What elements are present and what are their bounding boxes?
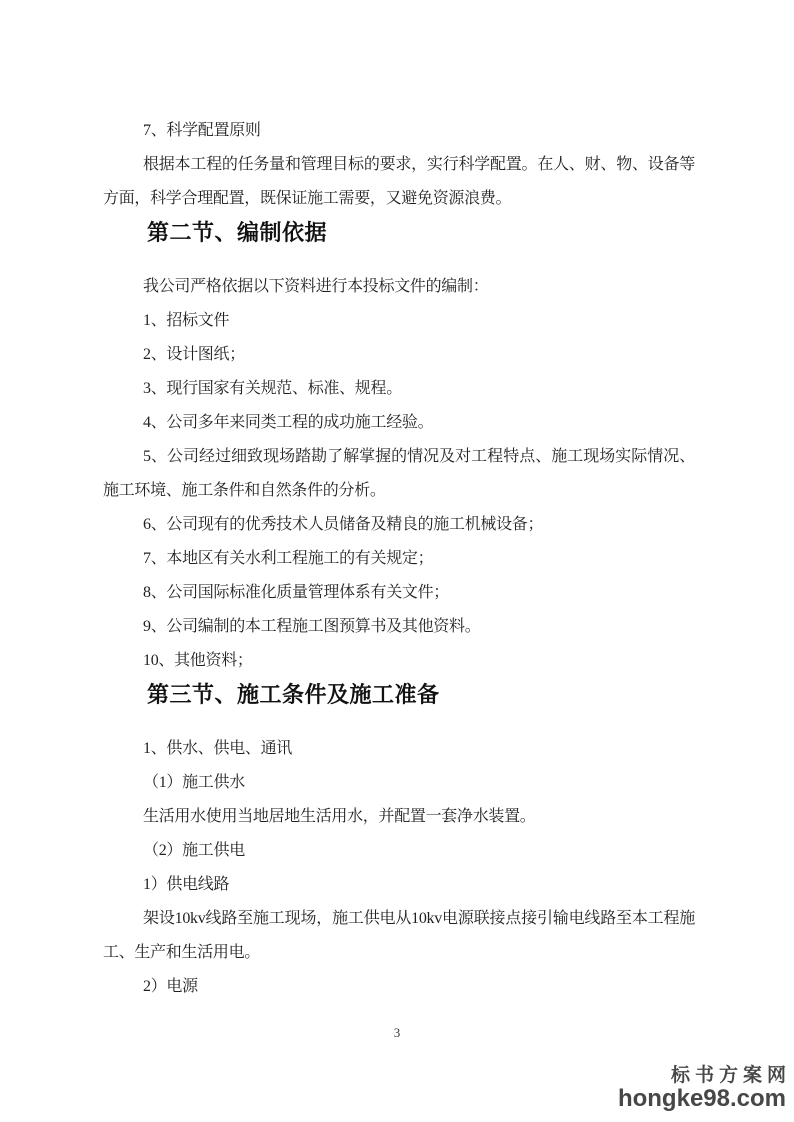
list-item: 1、招标文件 <box>103 304 695 338</box>
list-item: 10、其他资料； <box>103 644 695 678</box>
list-item: 3、现行国家有关规范、标准、规程。 <box>103 372 695 406</box>
watermark: 标书方案网 hongke98.com <box>618 1066 786 1111</box>
section-heading: 第三节、施工条件及施工准备 <box>103 678 695 712</box>
watermark-site-name: 标书方案网 <box>618 1066 791 1085</box>
list-item: 4、公司多年来同类工程的成功施工经验。 <box>103 406 695 440</box>
list-item: （2）施工供电 <box>103 834 695 868</box>
list-item: （1）施工供水 <box>103 766 695 800</box>
section-heading: 第二节、编制依据 <box>103 216 695 250</box>
page-footer: 3 <box>0 1024 794 1042</box>
paragraph: 7、科学配置原则 <box>103 114 695 148</box>
list-item: 6、公司现有的优秀技术人员储备及精良的施工机械设备； <box>103 508 695 542</box>
document-page: 7、科学配置原则 根据本工程的任务量和管理目标的要求，实行科学配置。在人、财、物… <box>0 0 794 1122</box>
list-item: 2）电源 <box>103 970 695 1004</box>
paragraph: 根据本工程的任务量和管理目标的要求，实行科学配置。在人、财、物、设备等方面，科学… <box>103 148 695 216</box>
paragraph: 生活用水使用当地居地生活用水，并配置一套净水装置。 <box>103 800 695 834</box>
list-item: 8、公司国际标准化质量管理体系有关文件； <box>103 576 695 610</box>
page-number: 3 <box>394 1025 401 1040</box>
paragraph: 我公司严格依据以下资料进行本投标文件的编制： <box>103 270 695 304</box>
page-content: 7、科学配置原则 根据本工程的任务量和管理目标的要求，实行科学配置。在人、财、物… <box>103 114 695 1004</box>
list-item: 9、公司编制的本工程施工图预算书及其他资料。 <box>103 610 695 644</box>
list-item: 1、供水、供电、通讯 <box>103 732 695 766</box>
paragraph: 架设10kv线路至施工现场，施工供电从10kv电源联接点接引输电线路至本工程施工… <box>103 902 695 970</box>
list-item: 5、公司经过细致现场踏勘了解掌握的情况及对工程特点、施工现场实际情况、施工环境、… <box>103 440 695 508</box>
list-item: 1）供电线路 <box>103 868 695 902</box>
watermark-site-url: hongke98.com <box>618 1087 786 1111</box>
list-item: 7、本地区有关水利工程施工的有关规定； <box>103 542 695 576</box>
list-item: 2、设计图纸； <box>103 338 695 372</box>
